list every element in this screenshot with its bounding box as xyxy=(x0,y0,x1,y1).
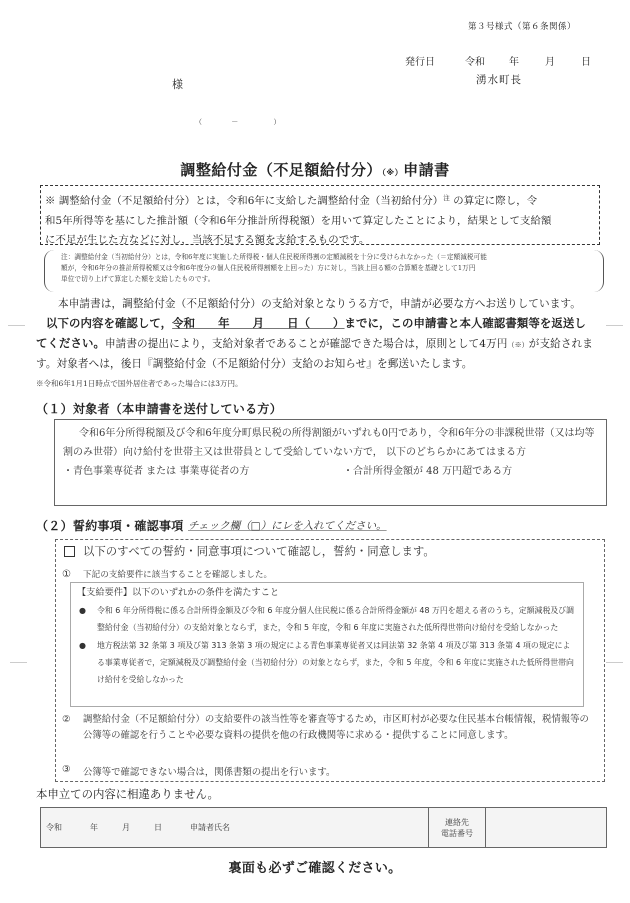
back-side-note: 裏面も必ずご確認ください。 xyxy=(0,857,630,876)
contact-label-1: 連絡先 xyxy=(445,817,469,828)
agree-label: 以下のすべての誓約・同意事項について確認し，誓約・同意します。 xyxy=(83,543,435,559)
contact-label: 連絡先 電話番号 xyxy=(429,808,486,847)
applicant-name-field[interactable] xyxy=(260,813,428,843)
sig-year: 年 xyxy=(90,822,122,833)
fold-mark xyxy=(606,662,623,663)
item-number: ③ xyxy=(62,764,83,778)
postal-close: ） xyxy=(273,117,280,127)
payment-text: 申請書の提出により，支給対象者であることが確認できた場合は，原則として4万円 xyxy=(105,338,508,350)
bullet-dot-icon: ● xyxy=(77,637,97,688)
item-3: ③ 公簿等で確認できない場合は，関係書類の提出を行います。 xyxy=(62,764,335,778)
contact-label-2: 電話番号 xyxy=(441,828,473,839)
page-title: 調整給付金（不足額給付分）（※）申請書 xyxy=(0,159,630,180)
section1-bullets: ・青色事業専従者 または 事業専従者の方 ・合計所得金額が 48 万円超である方 xyxy=(63,462,600,481)
note-ref: 注 xyxy=(443,194,450,202)
requirement-text: 令和 6 年分所得税に係る合計所得金額及び令和 6 年度分個人住民税に係る合計所… xyxy=(97,602,577,636)
requirement-item: ● 地方税法第 32 条第 3 項及び第 313 条第 3 項の規定による青色事… xyxy=(77,637,577,688)
postal-code: （ － ） xyxy=(195,117,280,127)
note-line-2: 額が，令和6年分の推計所得税額又は令和6年度分の個人住民税所得割額を上回った）方… xyxy=(61,263,591,274)
issue-date: 発行日 令和 年 月 日 xyxy=(405,53,591,68)
agree-checkbox[interactable] xyxy=(64,546,75,557)
sig-era: 令和 xyxy=(46,822,90,833)
deadline-instruction: 以下の内容を確認して， xyxy=(36,316,172,330)
applicant-name-label: 申請者氏名 xyxy=(190,822,260,833)
item-number: ① xyxy=(62,569,83,580)
intro-paragraph: 本申請書は，調整給付金（不足額給付分）の支給対象となりうる方で，申請が必要な方へ… xyxy=(36,295,596,314)
title-suffix: 申請書 xyxy=(403,161,450,179)
note-box: 注：調整給付金（当初給付分）とは，令和6年度に実施した所得税・個人住民税所得割の… xyxy=(44,250,604,292)
item-number: ② xyxy=(62,712,83,743)
intro-line-1: ※ 調整給付金（不足額給付分）とは，令和6年に支給した調整給付金（当初給付分）注… xyxy=(45,189,593,212)
intro-line-2: 和5年所得等を基にした推計額（令和6年分推計所得税額）を用いて算定したことにより… xyxy=(45,212,593,232)
signature-table: 令和 年 月 日 申請者氏名 連絡先 電話番号 xyxy=(40,807,607,848)
overseas-footnote: ※令和6年1月1日時点で国外居住者であった場合には3万円。 xyxy=(36,378,243,389)
note-line-1: 注：調整給付金（当初給付分）とは，令和6年度に実施した所得税・個人住民税所得割の… xyxy=(61,252,591,263)
section1-title: （１）対象者（本申請書を送付している方） xyxy=(36,400,282,417)
recipient-suffix: 様 xyxy=(172,76,183,92)
postal-dash: － xyxy=(231,117,271,127)
postal-open: （ xyxy=(195,117,229,127)
issue-date-year: 年 xyxy=(509,53,545,68)
requirement-text: 地方税法第 32 条第 3 項及び第 313 条第 3 項の規定による青色事業専… xyxy=(97,637,577,688)
item-2: ② 調整給付金（不足額給付分）の支給要件の該当性等を審査等するため，市区町村が必… xyxy=(62,712,597,743)
intro-line-3: に不足が生じた方などに対し，当該不足する額を支給するものです。 xyxy=(45,231,593,251)
fold-mark xyxy=(10,662,27,663)
section2-title: （２）誓約事項・確認事項 xyxy=(36,517,184,534)
deadline-date: 令和 年 月 日（ ） xyxy=(172,316,344,330)
section2-instruction: チェック欄（□）にレを入れてください。 xyxy=(188,518,387,533)
sig-day: 日 xyxy=(154,822,190,833)
fold-mark xyxy=(606,325,623,326)
intro-text: の算定に際し，令 xyxy=(450,195,537,207)
note-line-3: 単位で切り上げて算定した額を支給したものです。 xyxy=(61,274,591,285)
deadline-paragraph: 以下の内容を確認して，令和 年 月 日（ ）までに，この申請書と本人確認書類等を… xyxy=(36,314,596,374)
form-number: 第３号様式（第６条関係） xyxy=(468,20,576,32)
title-mark: （※） xyxy=(382,168,403,177)
section1-box: 令和6年分所得税額及び令和6年度分町県民税の所得割額がいずれも0円であり，令和6… xyxy=(54,419,607,506)
item-text: 下記の支給要件に該当することを確認しました。 xyxy=(83,570,272,580)
issue-date-month: 月 xyxy=(545,53,581,68)
sig-month: 月 xyxy=(122,822,154,833)
payment-mark: （※） xyxy=(507,341,528,349)
section1-bullet: ・合計所得金額が 48 万円超である方 xyxy=(343,462,512,481)
requirements-box: 【支給要件】以下のいずれかの条件を満たすこと ● 令和 6 年分所得税に係る合計… xyxy=(70,582,584,707)
intro-text: ※ 調整給付金（不足額給付分）とは，令和6年に支給した調整給付金（当初給付分） xyxy=(45,195,443,207)
item-text: 公簿等で確認できない場合は，関係書類の提出を行います。 xyxy=(83,764,335,778)
title-main: 調整給付金（不足額給付分） xyxy=(180,161,382,179)
requirement-item: ● 令和 6 年分所得税に係る合計所得金額及び令和 6 年度分個人住民税に係る合… xyxy=(77,602,577,636)
agree-line: 以下のすべての誓約・同意事項について確認し，誓約・同意します。 xyxy=(64,543,435,559)
requirements-title: 【支給要件】以下のいずれかの条件を満たすこと xyxy=(77,584,577,601)
item-1: ①下記の支給要件に該当することを確認しました。 xyxy=(62,568,272,580)
signature-date-name-cell[interactable]: 令和 年 月 日 申請者氏名 xyxy=(41,808,429,847)
issue-date-label: 発行日 xyxy=(405,53,465,68)
confirmation-text: 本申立ての内容に相違ありません。 xyxy=(36,786,219,802)
issue-date-era: 令和 xyxy=(465,53,509,68)
intro-box: ※ 調整給付金（不足額給付分）とは，令和6年に支給した調整給付金（当初給付分）注… xyxy=(40,185,600,245)
issue-date-day: 日 xyxy=(581,53,591,68)
phone-number-field[interactable] xyxy=(486,808,606,847)
section1-text: 令和6年分所得税額及び令和6年度分町県民税の所得割額がいずれも0円であり，令和6… xyxy=(63,424,600,462)
bullet-dot-icon: ● xyxy=(77,602,97,636)
item-text: 調整給付金（不足額給付分）の支給要件の該当性等を審査等するため，市区町村が必要な… xyxy=(83,712,597,743)
issuer: 湧水町長 xyxy=(476,72,522,87)
fold-mark xyxy=(8,325,25,326)
section1-bullet: ・青色事業専従者 または 事業専従者の方 xyxy=(63,462,343,481)
